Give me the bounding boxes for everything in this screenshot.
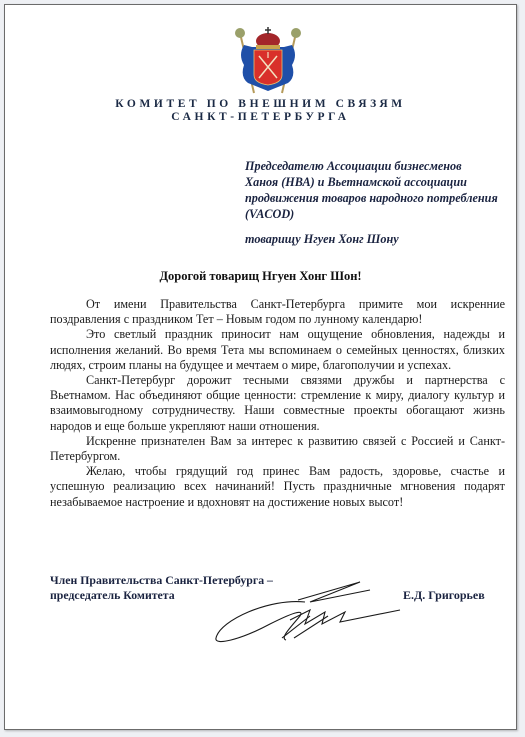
paragraph: Желаю, чтобы грядущий год принес Вам рад… bbox=[50, 464, 505, 510]
addressee-line: продвижения товаров народного потреблени… bbox=[245, 190, 515, 206]
salutation: Дорогой товарищ Нгуен Хонг Шон! bbox=[5, 269, 516, 284]
signer-name: Е.Д. Григорьев bbox=[403, 588, 485, 603]
addressee-block: Председателю Ассоциации бизнесменов Хано… bbox=[245, 158, 515, 222]
letter-page: КОМИТЕТ ПО ВНЕШНИМ СВЯЗЯМ САНКТ-ПЕТЕРБУР… bbox=[4, 4, 517, 730]
addressee-line: Председателю Ассоциации бизнесменов bbox=[245, 158, 515, 174]
paragraph: От имени Правительства Санкт-Петербурга … bbox=[50, 297, 505, 327]
addressee-line: Ханоя (НВА) и Вьетнамской ассоциации bbox=[245, 174, 515, 190]
paragraph: Искренне признателен Вам за интерес к ра… bbox=[50, 434, 505, 464]
coat-of-arms-icon bbox=[232, 25, 304, 97]
handwritten-signature-icon bbox=[210, 580, 410, 650]
letter-body: От имени Правительства Санкт-Петербурга … bbox=[50, 297, 505, 510]
org-name-line-1: КОМИТЕТ ПО ВНЕШНИМ СВЯЗЯМ bbox=[5, 98, 516, 110]
paragraph: Санкт-Петербург дорожит тесными связями … bbox=[50, 373, 505, 434]
addressee-line: (VACOD) bbox=[245, 206, 515, 222]
addressee-name: товарищу Нгуен Хонг Шону bbox=[245, 232, 399, 247]
org-name-line-2: САНКТ-ПЕТЕРБУРГА bbox=[5, 111, 516, 123]
paragraph: Это светлый праздник приносит нам ощущен… bbox=[50, 327, 505, 373]
